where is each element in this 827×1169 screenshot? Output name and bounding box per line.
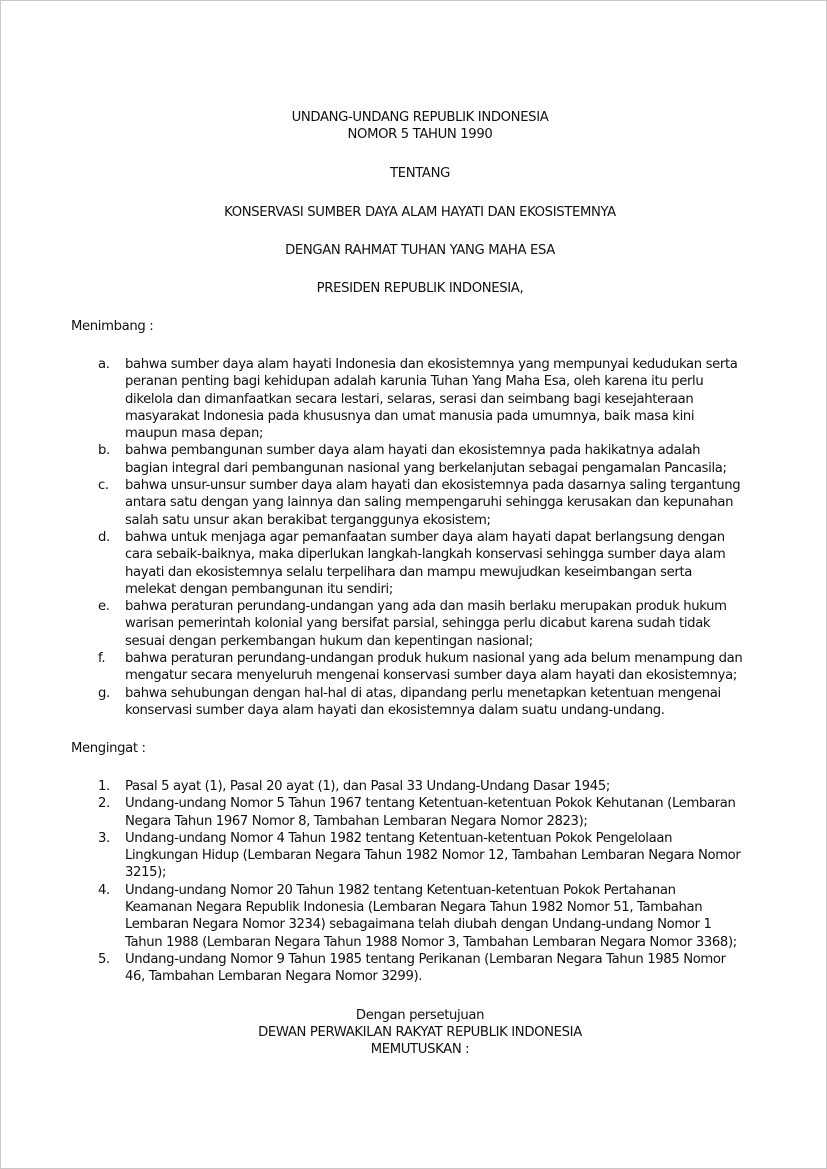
list-marker: 1. [98,778,110,795]
list-marker: a. [98,356,110,373]
list-item-text: bahwa peraturan perundang-undangan produ… [125,651,742,683]
mengingat-list: 1.Pasal 5 ayat (1), Pasal 20 ayat (1), d… [98,778,798,986]
persetujuan-line: Dengan persetujuan [0,1007,827,1024]
mengingat-item: 4.Undang-undang Nomor 20 Tahun 1982 tent… [98,882,798,951]
list-item-text: Undang-undang Nomor 20 Tahun 1982 tentan… [125,883,737,950]
menimbang-label: Menimbang : [71,318,153,335]
list-item-text: Undang-undang Nomor 9 Tahun 1985 tentang… [125,952,726,984]
list-item-text: bahwa sumber daya alam hayati Indonesia … [125,357,738,441]
subject-heading: KONSERVASI SUMBER DAYA ALAM HAYATI DAN E… [0,204,827,221]
memutuskan-line: MEMUTUSKAN : [0,1041,827,1058]
mengingat-item: 1.Pasal 5 ayat (1), Pasal 20 ayat (1), d… [98,778,798,795]
menimbang-item: d.bahwa untuk menjaga agar pemanfaatan s… [98,529,798,598]
list-marker: c. [98,477,109,494]
list-marker: e. [98,598,110,615]
list-item-text: Undang-undang Nomor 5 Tahun 1967 tentang… [125,796,736,828]
list-marker: 2. [98,795,110,812]
menimbang-item: e.bahwa peraturan perundang-undangan yan… [98,598,798,650]
list-item-text: Undang-undang Nomor 4 Tahun 1982 tentang… [125,831,740,881]
list-marker: d. [98,529,110,546]
list-marker: 5. [98,951,110,968]
list-marker: 3. [98,830,110,847]
menimbang-item: g.bahwa sehubungan dengan hal-hal di ata… [98,685,798,720]
mengingat-item: 5.Undang-undang Nomor 9 Tahun 1985 tenta… [98,951,798,986]
list-item-text: bahwa sehubungan dengan hal-hal di atas,… [125,686,721,718]
mengingat-item: 3.Undang-undang Nomor 4 Tahun 1982 tenta… [98,830,798,882]
menimbang-item: c.bahwa unsur-unsur sumber daya alam hay… [98,477,798,529]
presiden-heading: PRESIDEN REPUBLIK INDONESIA, [0,280,827,297]
menimbang-item: f.bahwa peraturan perundang-undangan pro… [98,650,798,685]
menimbang-item: b.bahwa pembangunan sumber daya alam hay… [98,442,798,477]
dpr-line: DEWAN PERWAKILAN RAKYAT REPUBLIK INDONES… [0,1024,827,1041]
list-marker: b. [98,442,110,459]
mengingat-item: 2.Undang-undang Nomor 5 Tahun 1967 tenta… [98,795,798,830]
mengingat-label: Mengingat : [71,740,146,757]
rahmat-heading: DENGAN RAHMAT TUHAN YANG MAHA ESA [0,242,827,259]
list-item-text: Pasal 5 ayat (1), Pasal 20 ayat (1), dan… [125,779,610,794]
list-marker: g. [98,685,110,702]
list-item-text: bahwa unsur-unsur sumber daya alam hayat… [125,478,740,528]
title-line-2: NOMOR 5 TAHUN 1990 [0,126,827,143]
tentang-heading: TENTANG [0,165,827,182]
list-item-text: bahwa untuk menjaga agar pemanfaatan sum… [125,530,725,597]
list-marker: f. [98,650,105,667]
menimbang-item: a.bahwa sumber daya alam hayati Indonesi… [98,356,798,442]
title-line-1: UNDANG-UNDANG REPUBLIK INDONESIA [0,109,827,126]
list-item-text: bahwa pembangunan sumber daya alam hayat… [125,443,727,475]
menimbang-list: a.bahwa sumber daya alam hayati Indonesi… [98,356,798,719]
list-item-text: bahwa peraturan perundang-undangan yang … [125,599,727,649]
list-marker: 4. [98,882,110,899]
